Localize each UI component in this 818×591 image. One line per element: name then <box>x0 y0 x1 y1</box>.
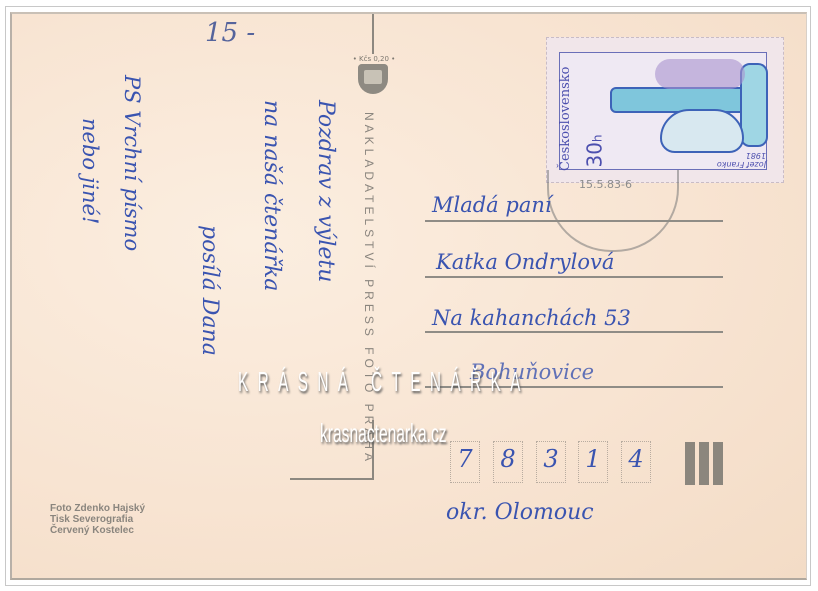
watermark-title: KRÁSNÁ ČTENÁŘKA <box>238 366 530 398</box>
address-rule-1 <box>425 220 723 222</box>
address-line-2: Katka Ondrylová <box>436 250 614 274</box>
credit-line-3: Červený Kostelec <box>50 525 145 536</box>
ps-line-2: nebo jiné! <box>78 118 102 224</box>
divider-foot <box>290 478 374 480</box>
address-line-1: Mladá paní <box>432 193 552 217</box>
address-rule-2 <box>425 276 723 278</box>
ship-emblem-icon <box>358 64 388 94</box>
postal-bar-2 <box>699 442 709 485</box>
stamp-art: Československo 30h Jozef Franko 1981 <box>559 52 767 170</box>
postal-code-digit-2: 8 <box>493 445 523 473</box>
postal-bar-1 <box>685 442 695 485</box>
credit-line-2: Tisk Severografia <box>50 514 145 525</box>
postal-code-digit-5: 4 <box>621 445 651 473</box>
divider-top <box>372 14 374 54</box>
postal-code-digit-1: 7 <box>450 445 480 473</box>
postal-code-digit-4: 1 <box>578 445 608 473</box>
credit-line-1: Foto Zdenko Hajský <box>50 503 145 514</box>
address-rule-3 <box>425 331 723 333</box>
message-line-1: Pozdrav z výletu <box>313 100 338 282</box>
ps-line-1: PS Vrchní písmo <box>120 75 144 251</box>
ceramic-horseman-figure-icon <box>600 59 760 159</box>
publisher-logo: • Kčs 0,20 • <box>345 55 403 105</box>
stamp-country: Československo <box>558 67 573 171</box>
postal-code-digit-3: 3 <box>536 445 566 473</box>
postage-stamp: Československo 30h Jozef Franko 1981 <box>546 37 784 183</box>
postal-bar-3 <box>713 442 723 485</box>
stamp-artist: Jozef Franko 1981 <box>710 151 766 169</box>
photo-credits: Foto Zdenko Hajský Tisk Severografia Čer… <box>50 503 145 536</box>
message-line-3: posílá Dana <box>197 225 222 356</box>
address-line-3: Na kahanchách 53 <box>432 306 631 330</box>
stamp-value: 30h <box>583 134 607 167</box>
logo-price: • Kčs 0,20 • <box>345 55 403 63</box>
message-line-2: na našá čtenářka <box>259 100 284 291</box>
district: okr. Olomouc <box>446 500 594 525</box>
price-note: 15 - <box>205 18 255 48</box>
watermark-url: krasnactenarka.cz <box>320 418 447 449</box>
publisher-vertical-text: NAKLADATELSTVÍ PRESS FOTO PRAHA <box>362 112 376 465</box>
postmark-date: 15.5.83-6 <box>579 178 632 191</box>
